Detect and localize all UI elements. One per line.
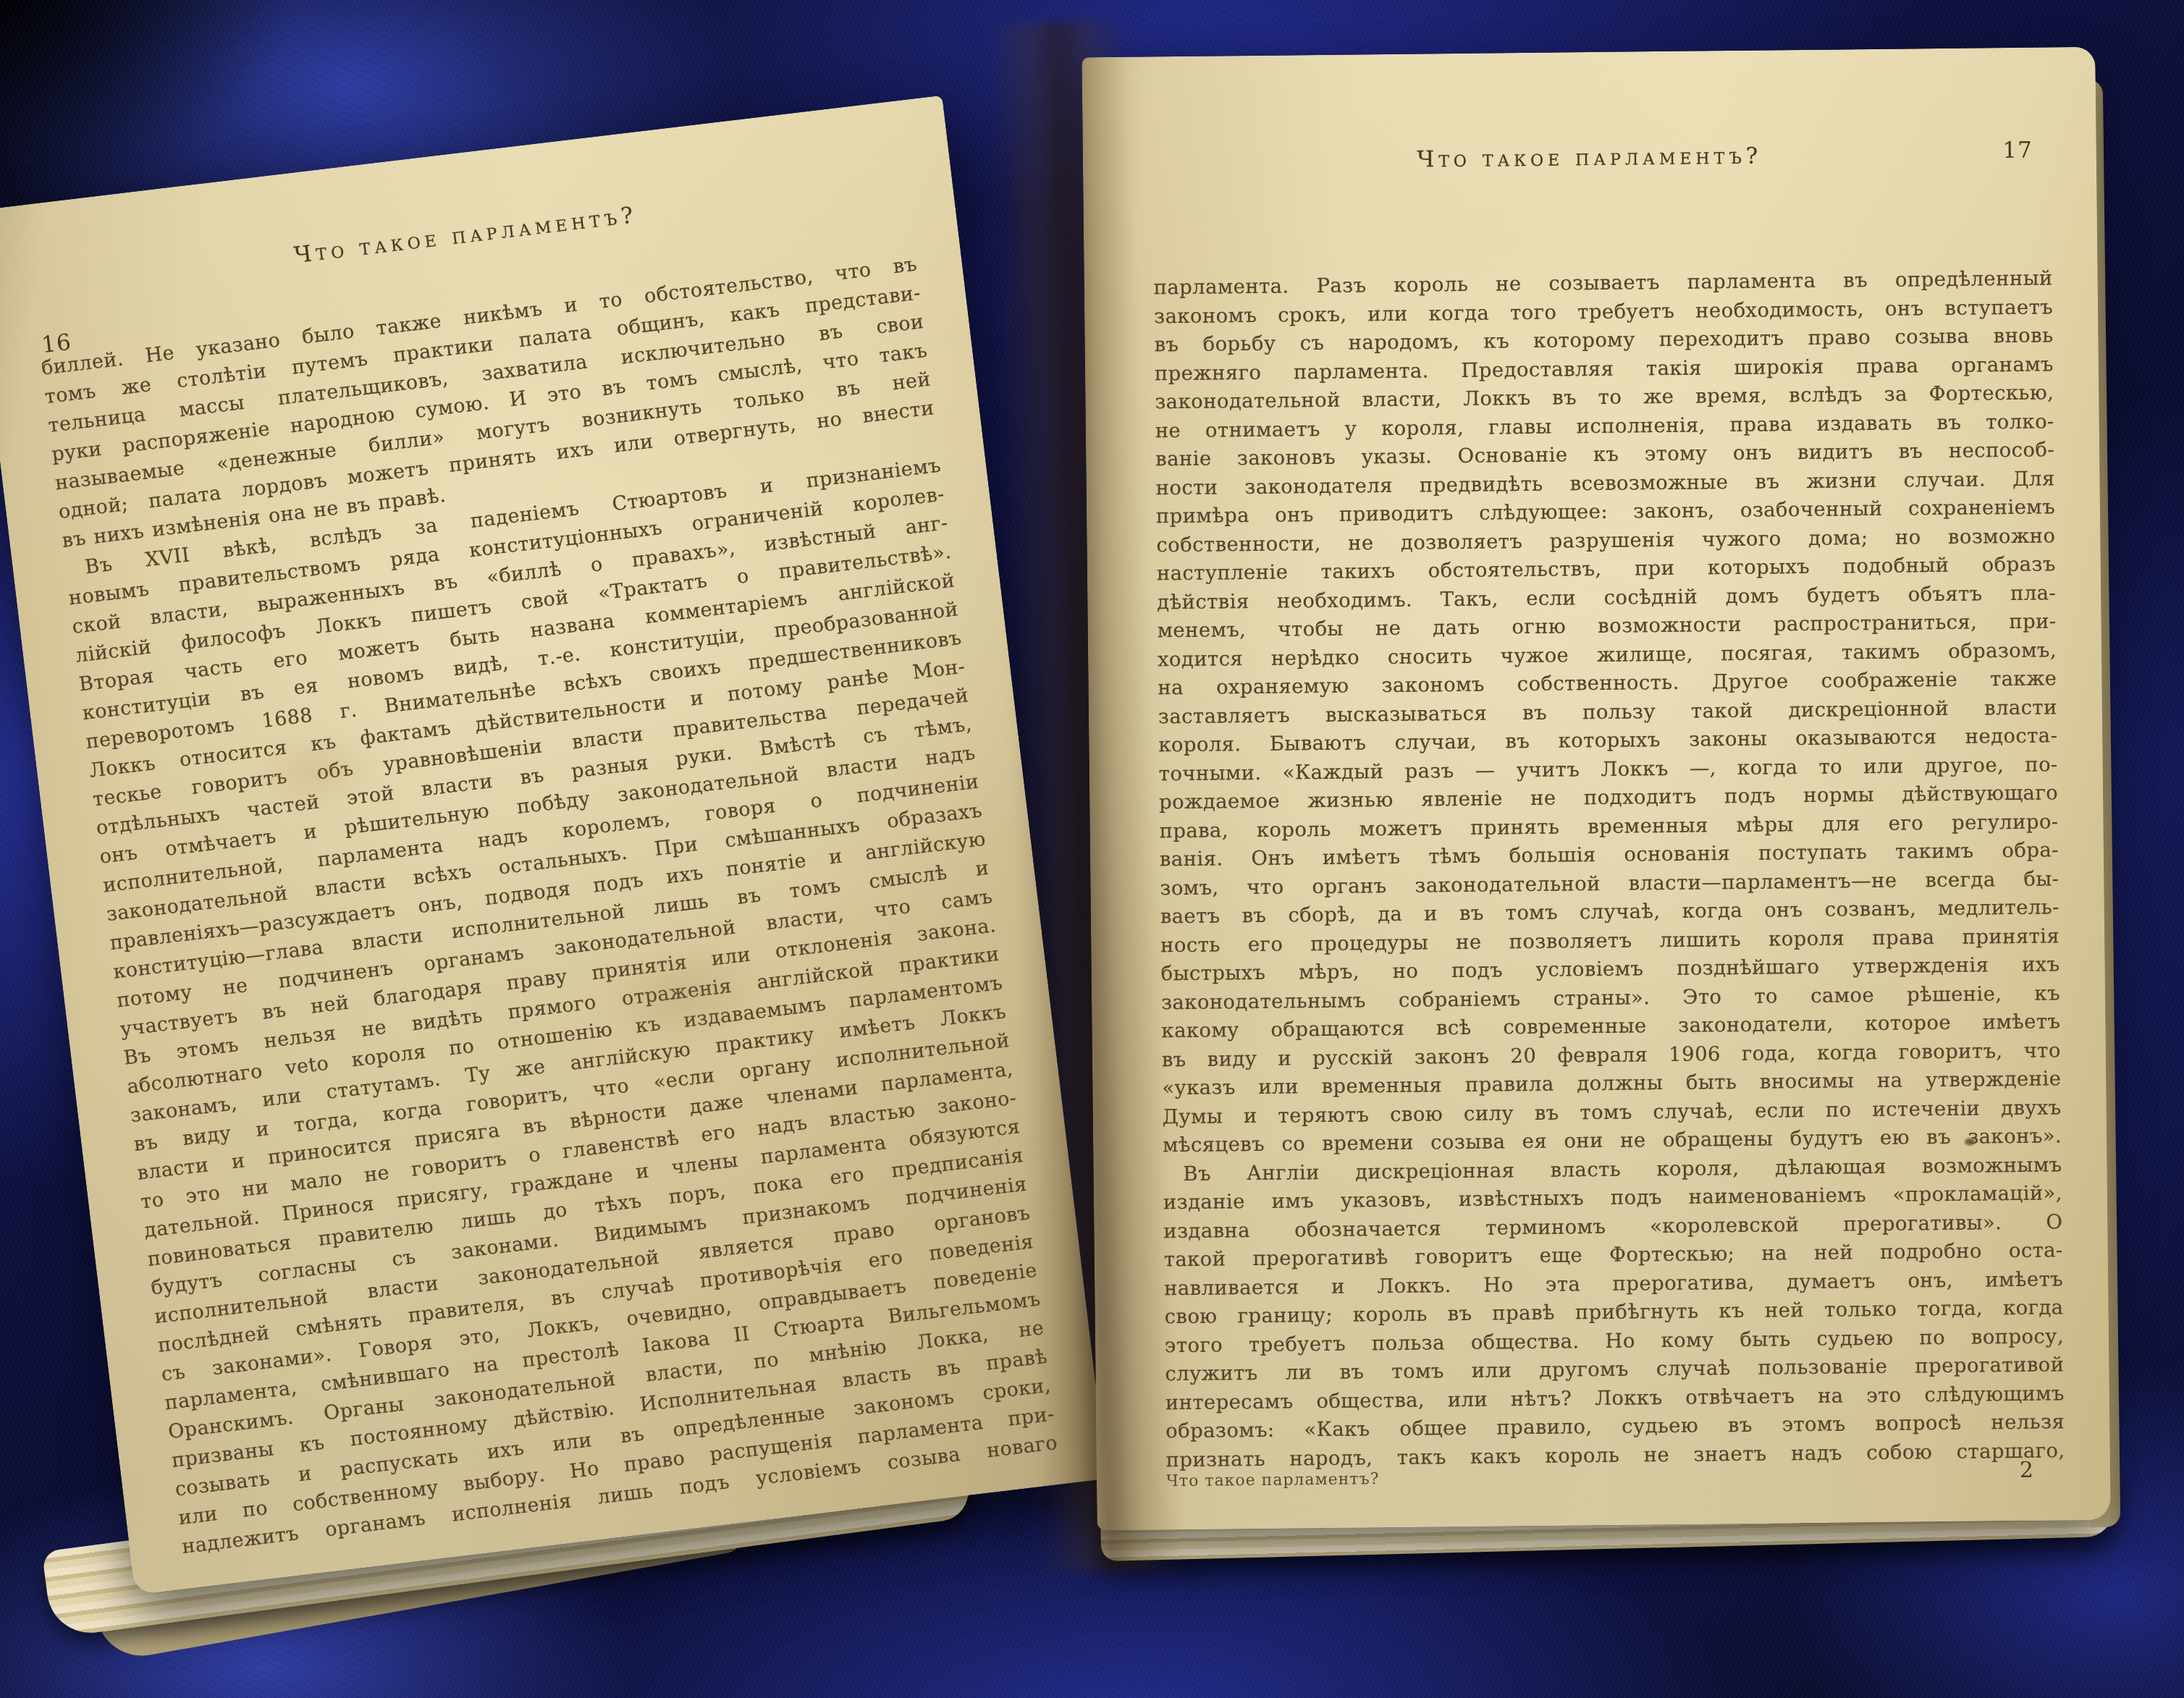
signature-number: 2 — [2020, 1458, 2046, 1483]
right-running-title: Что такое парламентъ? — [1083, 140, 2096, 177]
right-page-number: 17 — [2002, 138, 2033, 164]
footer-catchword: Что такое парламентъ? — [1166, 1470, 1380, 1490]
right-page: Что такое парламентъ? 17 парламента. Раз… — [1082, 47, 2110, 1531]
left-page: Что такое парламентъ? 16 биллей. Не указ… — [0, 96, 1107, 1595]
right-page-header: Что такое парламентъ? 17 — [1083, 140, 2096, 177]
left-page-text: биллей. Не указано было также никѣмъ и т… — [40, 250, 1059, 1562]
right-page-text: парламента. Разъ король не созываетъ пар… — [1154, 264, 2065, 1474]
